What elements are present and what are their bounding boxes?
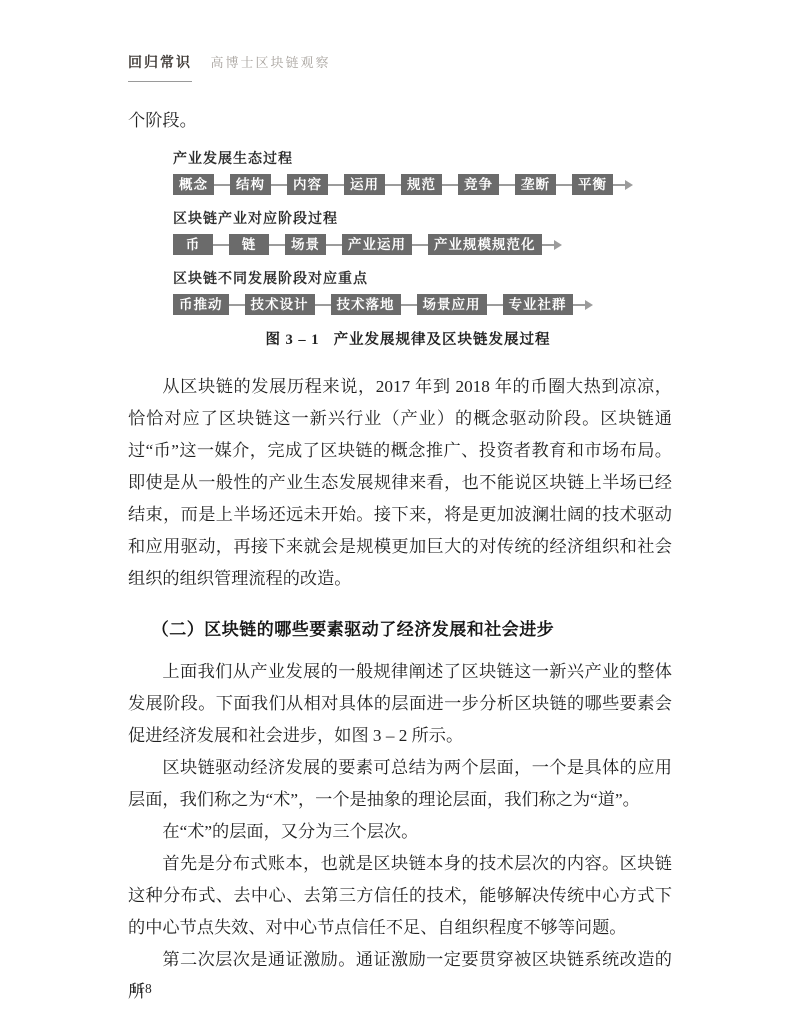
figure-3-1: 产业发展生态过程 概念 结构 内容 运用 规范 竞争 垄断 平衡 bbox=[173, 148, 643, 349]
flow-diagram: 币推动 技术设计 技术落地 场景应用 专业社群 bbox=[173, 294, 643, 315]
connector-line bbox=[214, 184, 230, 186]
paragraph: 上面我们从产业发展的一般规律阐述了区块链这一新兴产业的整体发展阶段。下面我们从相… bbox=[128, 656, 672, 752]
flow-row-blockchain-stages: 区块链产业对应阶段过程 币 链 场景 产业运用 产业规模规范化 bbox=[173, 208, 643, 255]
flow-box: 平衡 bbox=[572, 174, 613, 195]
flow-box: 垄断 bbox=[515, 174, 556, 195]
page-content: 个阶段。 产业发展生态过程 概念 结构 内容 运用 规范 竞争 垄 bbox=[128, 106, 672, 1008]
arrow-right-icon bbox=[573, 304, 585, 306]
flow-box: 场景 bbox=[285, 234, 326, 255]
connector-line bbox=[499, 184, 515, 186]
flow-box: 链 bbox=[229, 234, 269, 255]
connector-line bbox=[326, 244, 342, 246]
flow-row-title: 产业发展生态过程 bbox=[173, 148, 643, 168]
connector-line bbox=[213, 244, 229, 246]
figure-caption-title: 产业发展规律及区块链发展过程 bbox=[334, 332, 551, 348]
flow-diagram: 概念 结构 内容 运用 规范 竞争 垄断 平衡 bbox=[173, 174, 643, 195]
paragraph: 从区块链的发展历程来说，2017 年到 2018 年的币圈大热到凉凉，恰恰对应了… bbox=[128, 371, 672, 595]
arrow-right-icon bbox=[542, 244, 554, 246]
flow-box: 内容 bbox=[287, 174, 328, 195]
flow-box: 竞争 bbox=[458, 174, 499, 195]
flow-row-stage-focus: 区块链不同发展阶段对应重点 币推动 技术设计 技术落地 场景应用 专业社群 bbox=[173, 268, 643, 315]
book-title: 回归常识 bbox=[128, 52, 192, 82]
page-number: 118 bbox=[130, 981, 153, 997]
flow-box: 产业规模规范化 bbox=[428, 234, 542, 255]
book-page: 回归常识 高博士区块链观察 个阶段。 产业发展生态过程 概念 结构 内容 运用 … bbox=[0, 0, 800, 1036]
flow-box: 币 bbox=[173, 234, 213, 255]
book-subtitle: 高博士区块链观察 bbox=[210, 52, 330, 71]
running-header: 回归常识 高博士区块链观察 bbox=[128, 52, 330, 82]
flow-diagram: 币 链 场景 产业运用 产业规模规范化 bbox=[173, 234, 643, 255]
flow-box: 产业运用 bbox=[342, 234, 412, 255]
connector-line bbox=[385, 184, 401, 186]
flow-box: 规范 bbox=[401, 174, 442, 195]
connector-line bbox=[401, 304, 417, 306]
connector-line bbox=[487, 304, 503, 306]
paragraph: 第二次层次是通证激励。通证激励一定要贯穿被区块链系统改造的所 bbox=[128, 944, 672, 1008]
connector-line bbox=[269, 244, 285, 246]
connector-line bbox=[271, 184, 287, 186]
paragraph: 区块链驱动经济发展的要素可总结为两个层面，一个是具体的应用层面，我们称之为“术”… bbox=[128, 752, 672, 816]
flow-row-industry-ecosystem: 产业发展生态过程 概念 结构 内容 运用 规范 竞争 垄断 平衡 bbox=[173, 148, 643, 195]
connector-line bbox=[315, 304, 331, 306]
paragraph: 在“术”的层面，又分为三个层次。 bbox=[128, 816, 672, 848]
connector-line bbox=[412, 244, 428, 246]
flow-box: 技术设计 bbox=[245, 294, 315, 315]
paragraph: 首先是分布式账本，也就是区块链本身的技术层次的内容。区块链这种分布式、去中心、去… bbox=[128, 848, 672, 944]
flow-box: 场景应用 bbox=[417, 294, 487, 315]
arrow-right-icon bbox=[613, 184, 625, 186]
connector-line bbox=[442, 184, 458, 186]
figure-caption: 图 3 – 1产业发展规律及区块链发展过程 bbox=[158, 328, 658, 349]
flow-box: 专业社群 bbox=[503, 294, 573, 315]
section-heading: （二）区块链的哪些要素驱动了经济发展和社会进步 bbox=[128, 615, 672, 640]
flow-box: 技术落地 bbox=[331, 294, 401, 315]
connector-line bbox=[229, 304, 245, 306]
connector-line bbox=[328, 184, 344, 186]
flow-row-title: 区块链产业对应阶段过程 bbox=[173, 208, 643, 228]
flow-box: 概念 bbox=[173, 174, 214, 195]
flow-box: 币推动 bbox=[173, 294, 229, 315]
connector-line bbox=[556, 184, 572, 186]
figure-caption-label: 图 3 – 1 bbox=[265, 332, 319, 348]
paragraph-continuation: 个阶段。 bbox=[128, 106, 672, 136]
flow-box: 运用 bbox=[344, 174, 385, 195]
flow-box: 结构 bbox=[230, 174, 271, 195]
flow-row-title: 区块链不同发展阶段对应重点 bbox=[173, 268, 643, 288]
